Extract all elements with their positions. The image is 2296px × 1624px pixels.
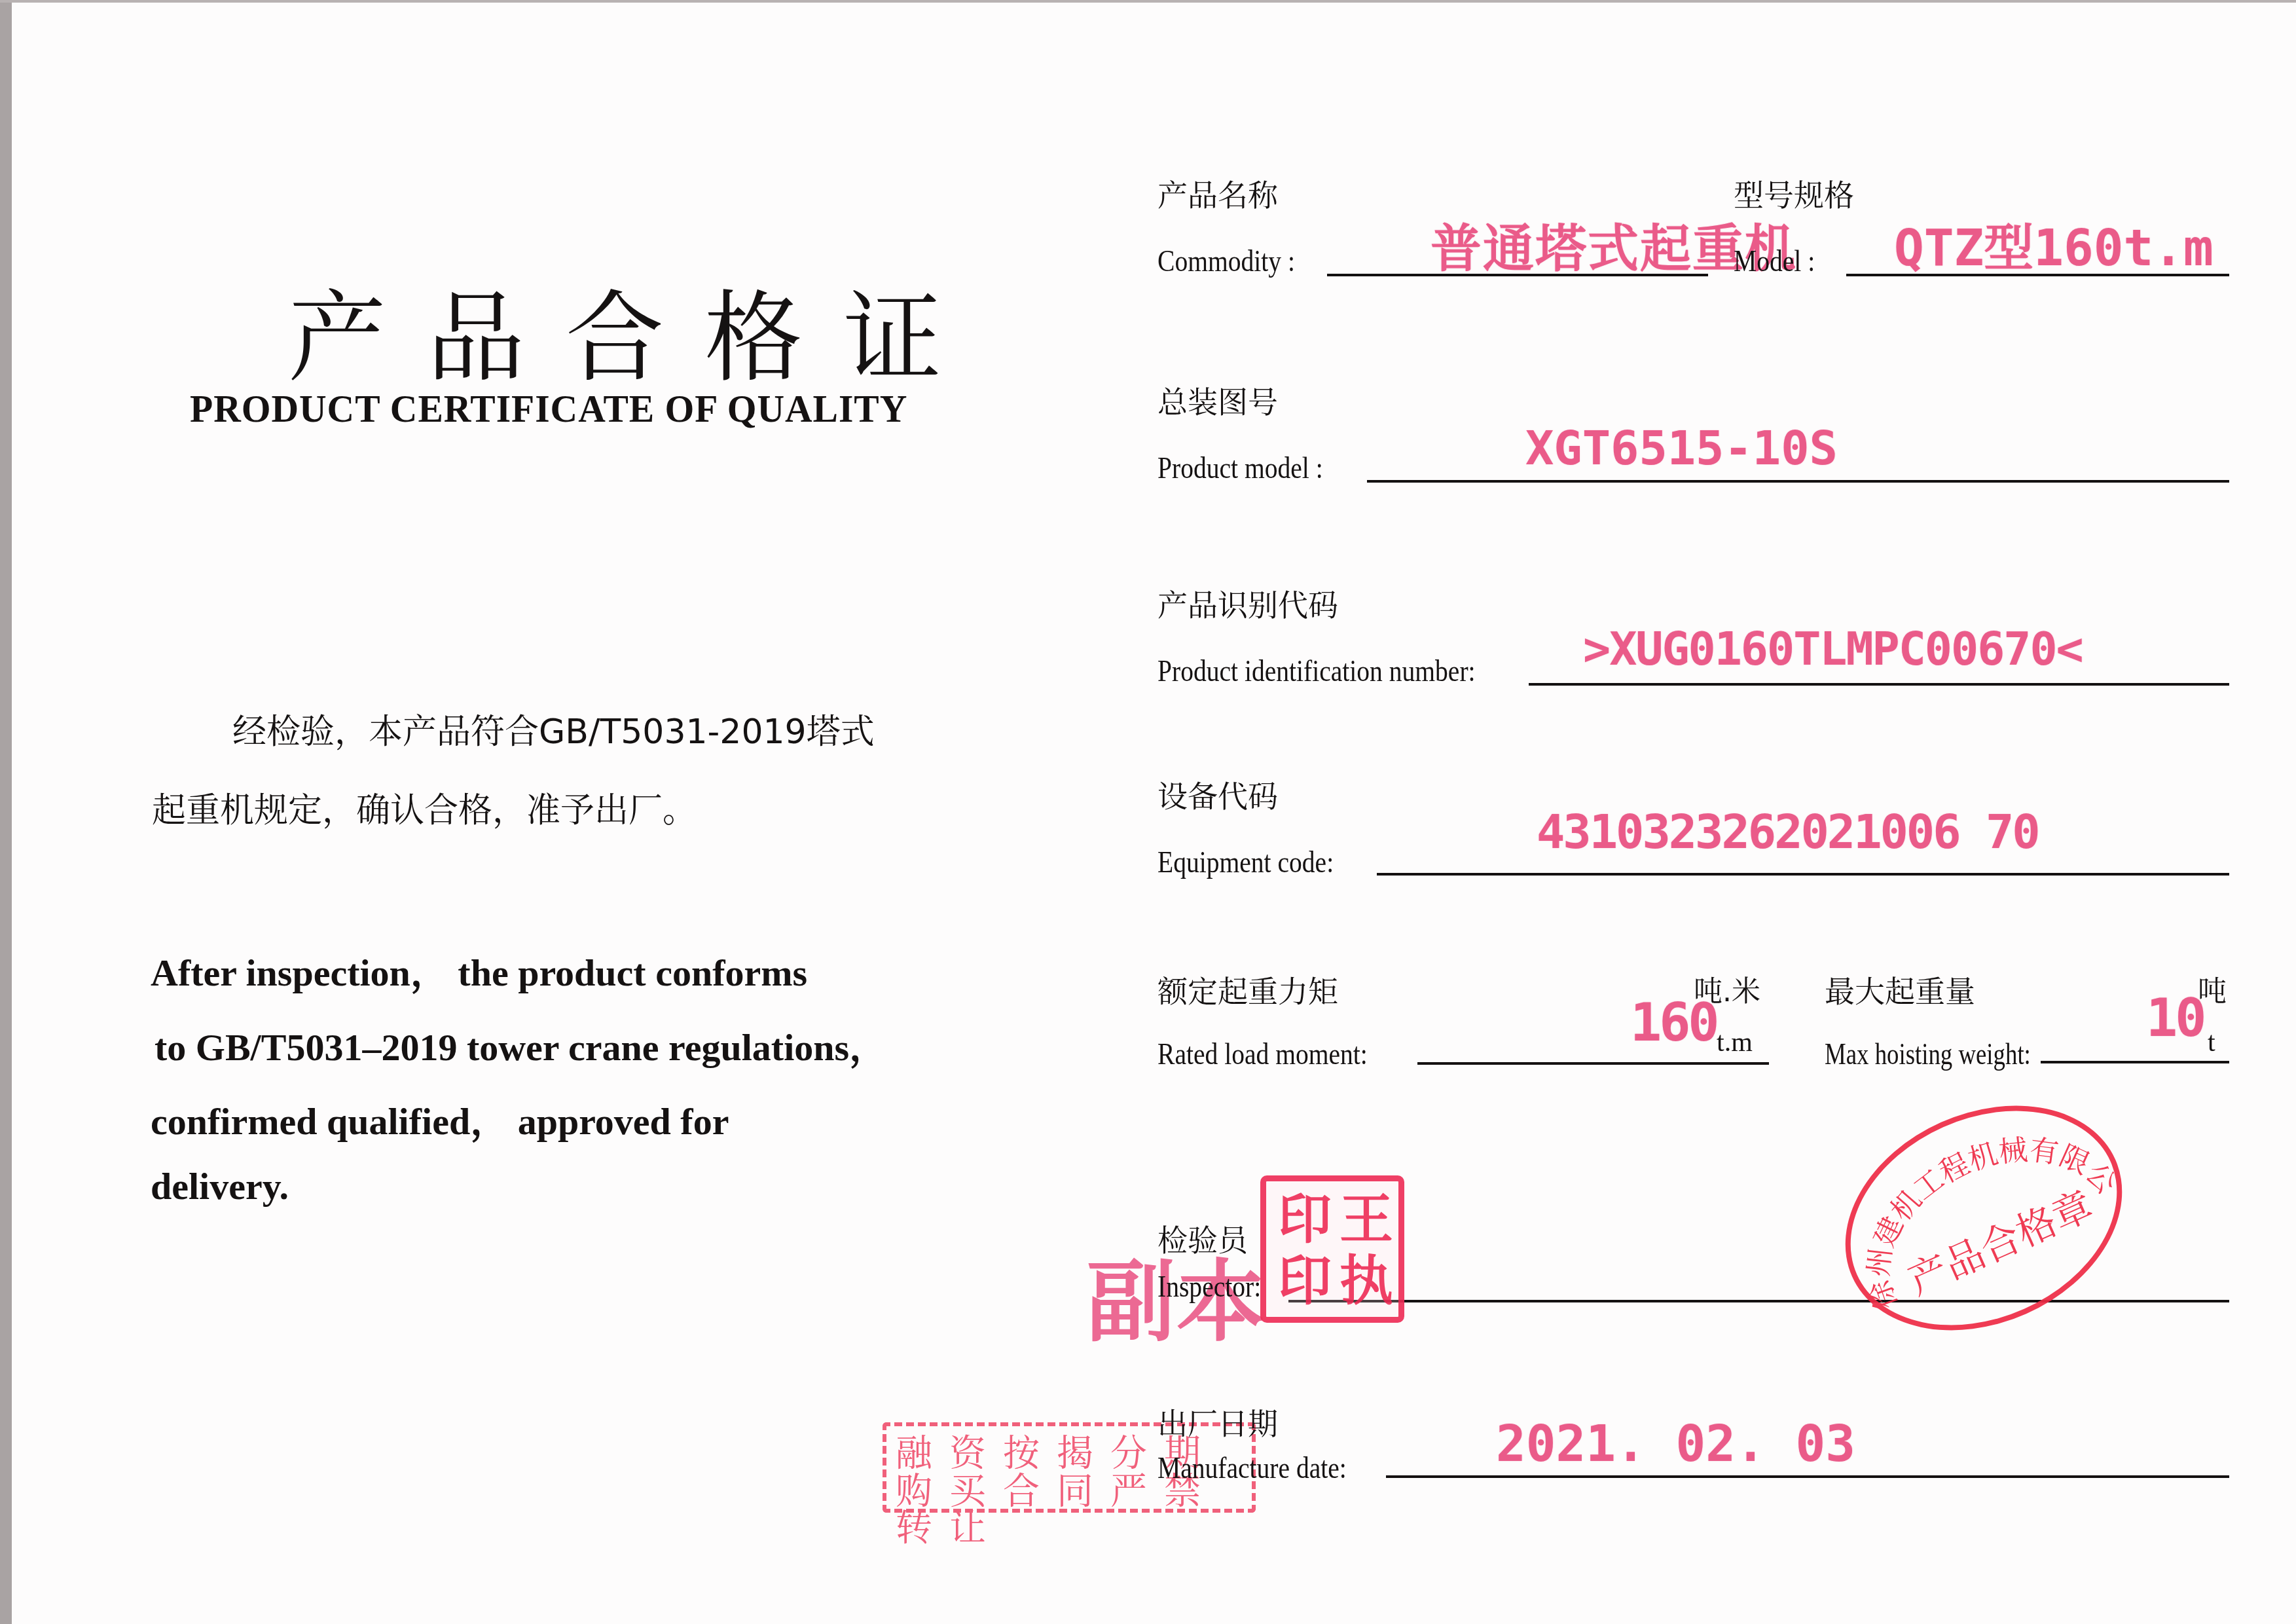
- rated-load-unit-en: t.m: [1717, 1027, 1753, 1058]
- commodity-label-cn: 产品名称: [1157, 172, 1278, 215]
- statement-en-line-1: After inspection， the product conforms: [151, 942, 807, 997]
- inspector-seal-char: 印: [1278, 1255, 1332, 1308]
- statement-cn-line-1: 经检验，本产品符合GB/T5031-2019塔式: [232, 704, 875, 753]
- statement-en-line-2: to GB/T5031–2019 tower crane regulations…: [155, 1016, 887, 1071]
- inspector-label-cn: 检验员: [1157, 1217, 1248, 1260]
- inspector-seal: 印 王 印 执: [1260, 1175, 1404, 1323]
- commodity-label-en: Commodity :: [1157, 244, 1295, 278]
- max-hoisting-value: 10: [2146, 987, 2204, 1048]
- product-model-label-cn: 总装图号: [1157, 378, 1278, 422]
- product-model-underline: [1367, 480, 2229, 483]
- product-model-value: XGT6515-10S: [1525, 420, 1838, 475]
- model-value: QTZ型160t.m: [1894, 208, 2214, 280]
- model-label-en: Model :: [1734, 244, 1815, 278]
- inspector-seal-char: 执: [1339, 1255, 1393, 1308]
- scan-edge-left: [0, 0, 12, 1624]
- max-hoisting-unit-cn: 吨: [2198, 968, 2227, 1010]
- max-hoisting-unit-en: t: [2208, 1027, 2215, 1058]
- manufacture-date-label-en: Manufacture date:: [1157, 1450, 1347, 1485]
- max-hoisting-underline: [2041, 1061, 2229, 1063]
- manufacture-date-value: 2021. 02. 03: [1496, 1414, 1855, 1473]
- inspector-seal-char: 王: [1339, 1193, 1393, 1247]
- scan-edge-top: [0, 0, 2296, 3]
- inspector-label-en: Inspector:: [1157, 1269, 1261, 1304]
- statement-en-line-4: delivery.: [151, 1164, 289, 1208]
- model-label-cn: 型号规格: [1734, 172, 1854, 215]
- certificate-title-cn: 产品合格证: [288, 259, 982, 400]
- rated-load-unit-cn: 吨.米: [1694, 968, 1760, 1010]
- equipment-code-value: 4310323262021006 70: [1537, 804, 2039, 859]
- inspector-seal-char: 印: [1278, 1193, 1332, 1247]
- rated-load-label-cn: 额定起重力矩: [1157, 968, 1338, 1011]
- rated-load-underline: [1417, 1062, 1769, 1065]
- product-model-label-en: Product model :: [1157, 451, 1323, 485]
- company-quality-seal: 徐州建机工程机械有限公司 产品合格章: [1810, 1063, 2158, 1372]
- statement-en-line-3: confirmed qualified， approved for: [151, 1090, 729, 1145]
- equipment-code-label-en: Equipment code:: [1157, 845, 1334, 879]
- product-id-value: >XUG0160TLMPC00670<: [1583, 622, 2083, 676]
- rated-load-label-en: Rated load moment:: [1157, 1037, 1368, 1071]
- certificate-title-en: PRODUCT CERTIFICATE OF QUALITY: [190, 386, 907, 432]
- max-hoisting-label-en: Max hoisting weight:: [1825, 1037, 2031, 1071]
- equipment-code-label-cn: 设备代码: [1157, 773, 1278, 816]
- product-id-label-cn: 产品识别代码: [1157, 581, 1338, 625]
- manufacture-date-label-cn: 出厂日期: [1157, 1400, 1278, 1443]
- statement-cn-line-2: 起重机规定，确认合格，准予出厂。: [152, 783, 697, 832]
- product-id-underline: [1529, 683, 2229, 686]
- inspector-underline: [1288, 1300, 2229, 1302]
- equipment-code-underline: [1377, 873, 2229, 876]
- max-hoisting-label-cn: 最大起重量: [1825, 968, 1975, 1011]
- manufacture-date-underline: [1386, 1475, 2229, 1478]
- product-id-label-en: Product identification number:: [1157, 654, 1476, 688]
